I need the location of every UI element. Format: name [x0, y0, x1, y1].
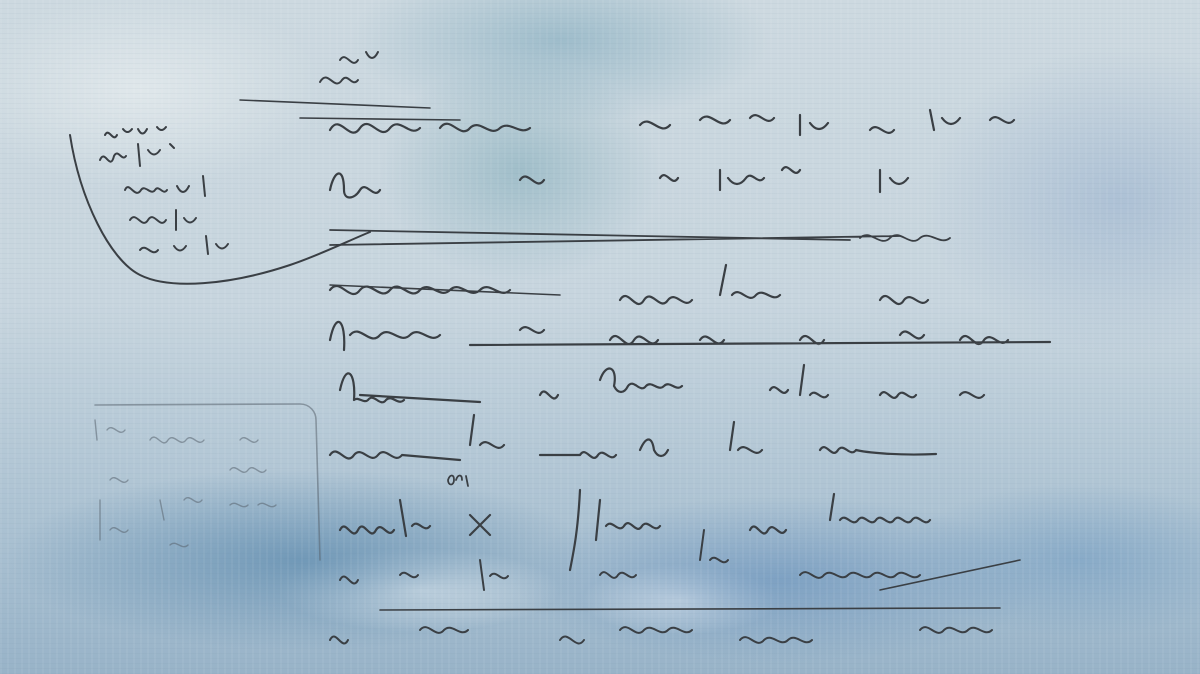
main-script — [240, 52, 1050, 643]
circled-note — [70, 127, 370, 284]
boxed-note — [95, 404, 320, 560]
pencil-script — [0, 0, 1200, 674]
painted-canvas — [0, 0, 1200, 674]
